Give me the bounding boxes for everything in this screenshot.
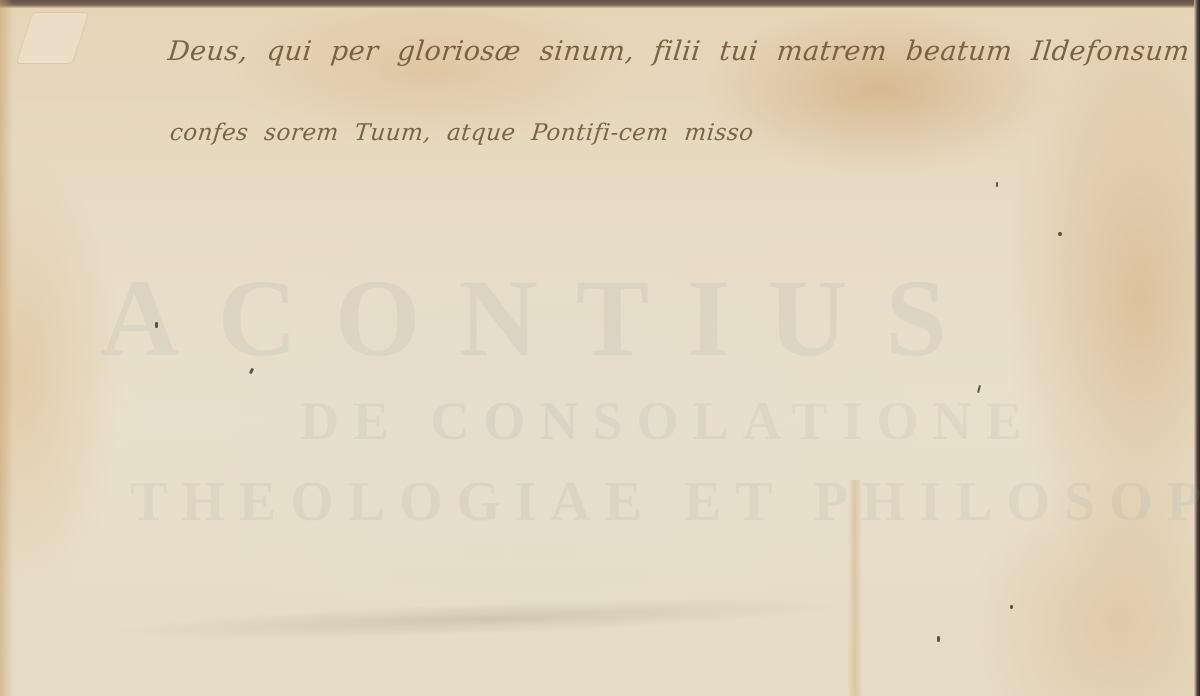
ink-speck bbox=[155, 322, 158, 328]
paper-fold-shadow bbox=[59, 567, 1121, 674]
paper-crease bbox=[848, 480, 862, 696]
bleed-through-line-1: ACONTIUS bbox=[100, 255, 985, 382]
handwritten-line-1: Deus, qui per gloriosæ sinum, filii tui … bbox=[166, 36, 1191, 67]
bleed-through-line-3: THEOLOGIAE ET PHILOSOPHIAE bbox=[130, 470, 1200, 534]
handwritten-line-2: confes sorem Tuum, atque Pontifi-cem mis… bbox=[169, 120, 755, 146]
manuscript-page: ACONTIUS DE CONSOLATIONE THEOLOGIAE ET P… bbox=[0, 0, 1200, 696]
ink-speck bbox=[996, 182, 998, 187]
book-top-edge bbox=[0, 0, 1200, 8]
ink-speck bbox=[937, 636, 940, 642]
ink-speck bbox=[1010, 605, 1013, 609]
book-right-edge bbox=[1194, 0, 1200, 696]
ink-speck bbox=[1058, 232, 1062, 236]
page-left-edge-stain bbox=[0, 0, 14, 696]
bleed-through-line-2: DE CONSOLATIONE bbox=[300, 390, 1036, 452]
corner-paper-stain bbox=[16, 12, 90, 64]
